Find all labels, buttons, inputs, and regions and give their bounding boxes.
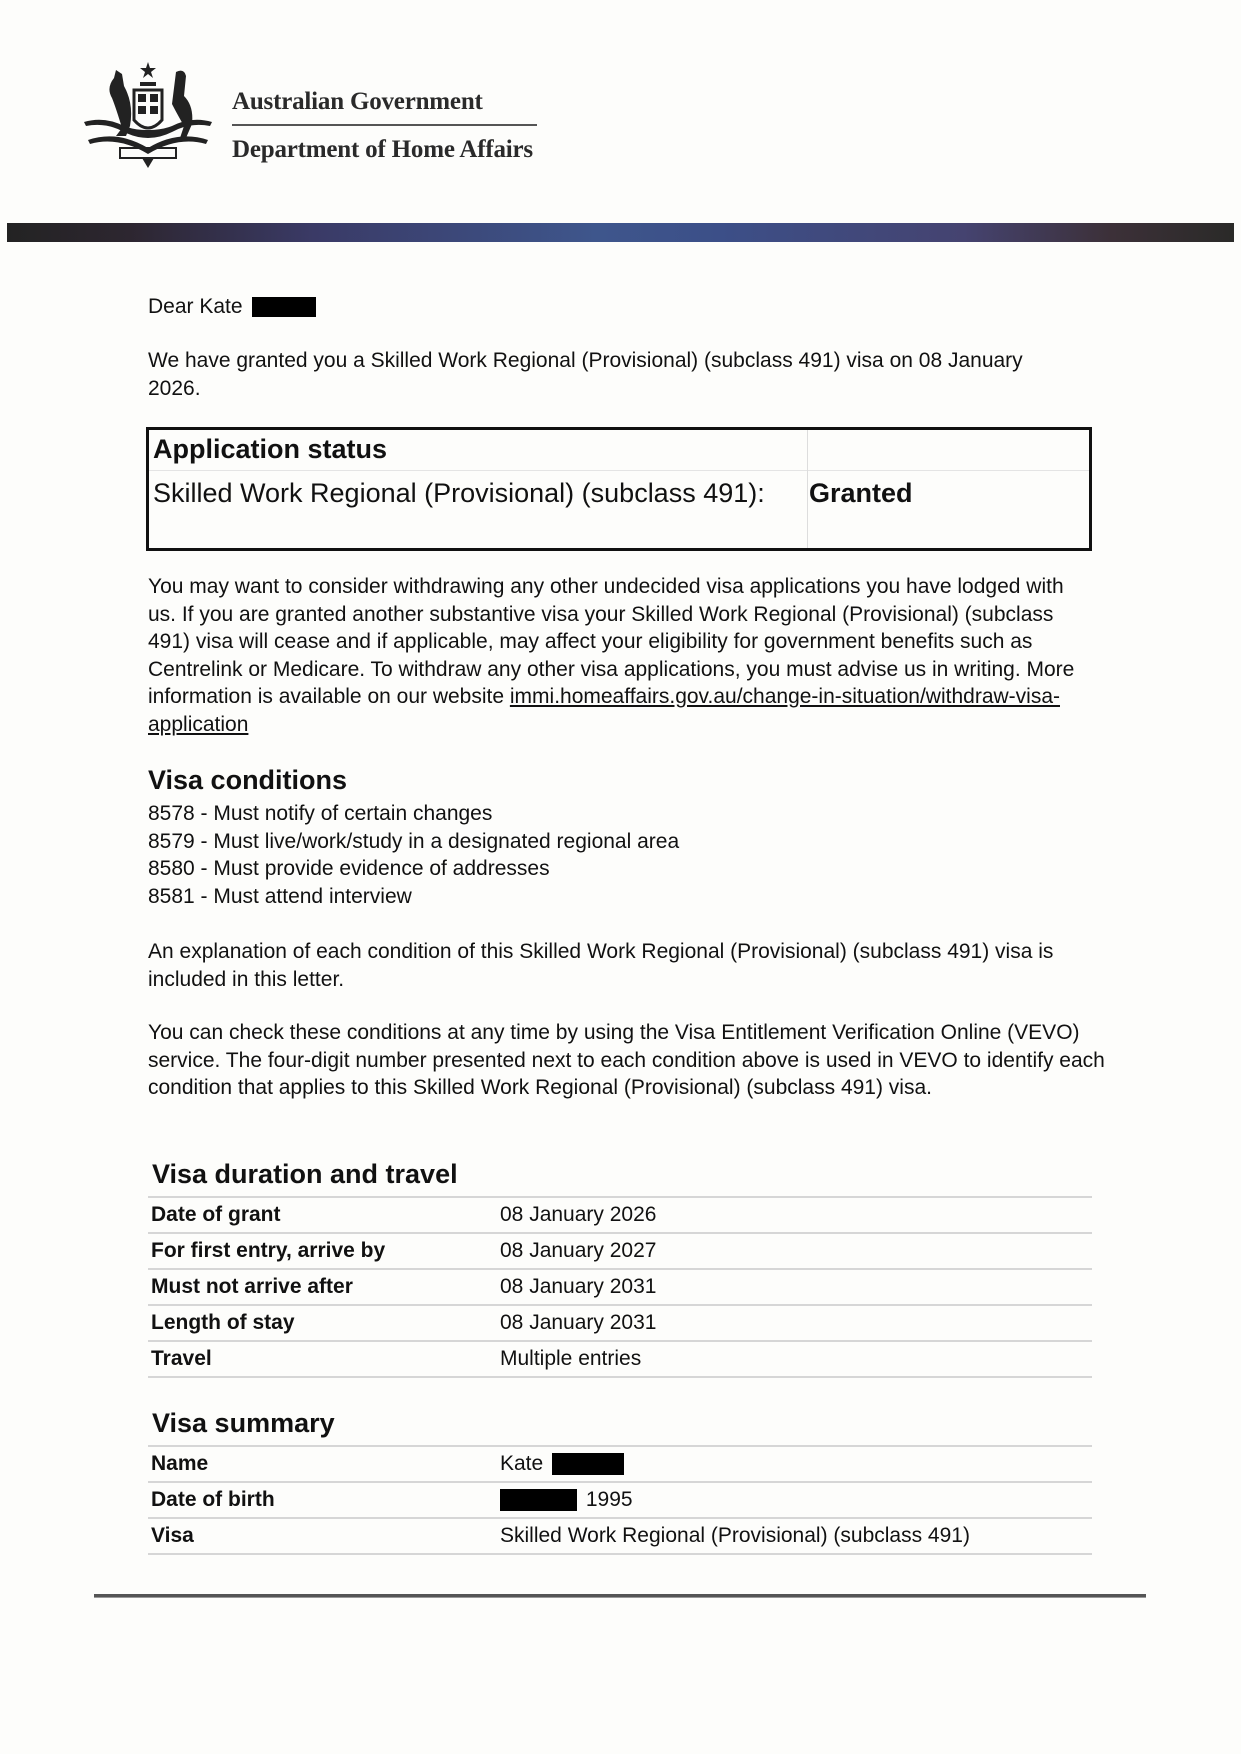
table-row: Date of birth 1995 xyxy=(148,1482,1092,1518)
row-label: Visa xyxy=(148,1518,497,1554)
table-row: For first entry, arrive by 08 January 20… xyxy=(148,1233,1092,1269)
status-column-divider xyxy=(807,430,808,548)
table-row: Length of stay 08 January 2031 xyxy=(148,1305,1092,1341)
table-row: Travel Multiple entries xyxy=(148,1341,1092,1377)
coat-of-arms-icon xyxy=(76,60,220,170)
row-label: Name xyxy=(148,1446,497,1482)
row-value: 1995 xyxy=(497,1482,1092,1518)
condition-item: 8580 - Must provide evidence of addresse… xyxy=(148,855,679,883)
conditions-explanation: An explanation of each condition of this… xyxy=(148,938,1098,993)
application-status-value: Granted xyxy=(809,476,913,510)
row-label: Length of stay xyxy=(148,1305,497,1341)
header-band xyxy=(7,223,1234,242)
row-label: Travel xyxy=(148,1341,497,1377)
row-label: Date of grant xyxy=(148,1197,497,1233)
row-value: 08 January 2031 xyxy=(497,1305,1092,1341)
condition-item: 8578 - Must notify of certain changes xyxy=(148,800,679,828)
row-label: Must not arrive after xyxy=(148,1269,497,1305)
withdraw-notice: You may want to consider withdrawing any… xyxy=(148,573,1083,738)
row-label: Date of birth xyxy=(148,1482,497,1518)
row-value: Multiple entries xyxy=(497,1341,1092,1377)
row-value: Kate xyxy=(497,1446,1092,1482)
department-name: Department of Home Affairs xyxy=(232,136,533,164)
table-row: Date of grant 08 January 2026 xyxy=(148,1197,1092,1233)
organisation-name: Australian Government xyxy=(232,88,483,116)
birth-year-value: 1995 xyxy=(586,1488,633,1511)
application-status-heading: Application status xyxy=(153,434,387,465)
redacted-surname xyxy=(252,297,316,317)
visa-summary-heading: Visa summary xyxy=(152,1408,335,1439)
visa-duration-table: Date of grant 08 January 2026 For first … xyxy=(148,1196,1092,1378)
vevo-note: You can check these conditions at any ti… xyxy=(148,1019,1108,1102)
visa-conditions-list: 8578 - Must notify of certain changes 85… xyxy=(148,800,679,910)
condition-item: 8581 - Must attend interview xyxy=(148,883,679,911)
condition-item: 8579 - Must live/work/study in a designa… xyxy=(148,828,679,856)
row-value: Skilled Work Regional (Provisional) (sub… xyxy=(497,1518,1092,1554)
application-status-label: Skilled Work Regional (Provisional) (sub… xyxy=(153,476,773,510)
row-value: 08 January 2027 xyxy=(497,1233,1092,1269)
status-row-divider xyxy=(149,470,1089,471)
visa-duration-heading: Visa duration and travel xyxy=(152,1159,458,1190)
salutation-text: Dear Kate xyxy=(148,295,243,318)
visa-conditions-heading: Visa conditions xyxy=(148,765,347,796)
row-value: 08 January 2026 xyxy=(497,1197,1092,1233)
name-value: Kate xyxy=(500,1452,543,1475)
visa-summary-table: Name Kate Date of birth 1995 Visa Skille… xyxy=(148,1445,1092,1555)
table-row: Must not arrive after 08 January 2031 xyxy=(148,1269,1092,1305)
table-row: Visa Skilled Work Regional (Provisional)… xyxy=(148,1518,1092,1554)
redacted-birth-date xyxy=(500,1489,577,1511)
row-label: For first entry, arrive by xyxy=(148,1233,497,1269)
header-divider xyxy=(232,124,537,126)
table-row: Name Kate xyxy=(148,1446,1092,1482)
salutation: Dear Kate xyxy=(148,293,316,321)
row-value: 08 January 2031 xyxy=(497,1269,1092,1305)
grant-intro: We have granted you a Skilled Work Regio… xyxy=(148,347,1048,402)
footer-divider xyxy=(94,1594,1146,1598)
redacted-surname xyxy=(552,1453,624,1475)
